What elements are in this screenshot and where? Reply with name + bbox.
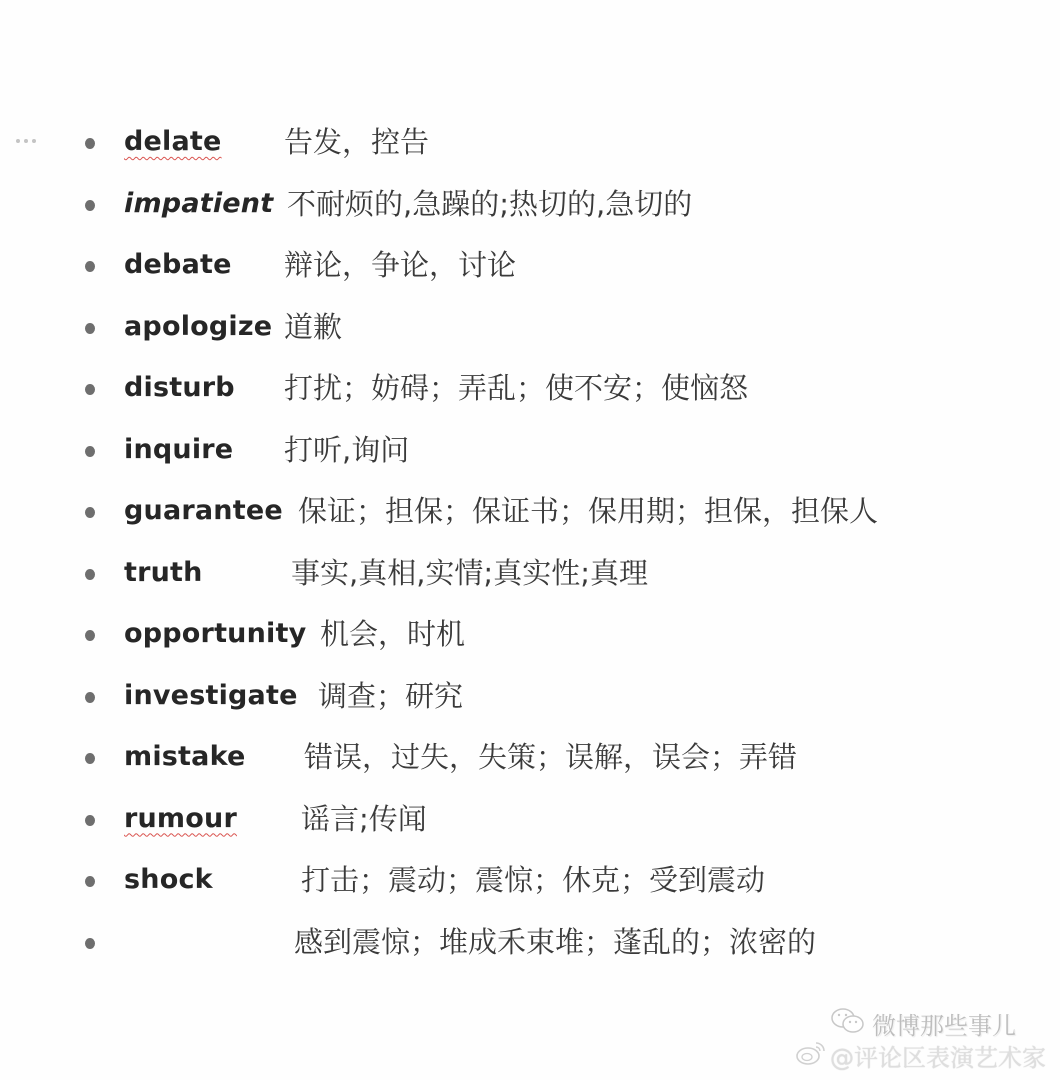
chinese-meaning[interactable]: 错误，过失，失策；误解，误会；弄错 xyxy=(304,737,797,777)
chinese-meaning[interactable]: 辩论，争论，讨论 xyxy=(284,245,516,285)
bullet-icon xyxy=(85,876,95,887)
list-item: opportunity 机会，时机 xyxy=(0,604,1060,666)
english-word[interactable]: debate xyxy=(124,247,232,283)
watermark-text-1: 微博那些事儿 xyxy=(872,1006,1016,1041)
bullet-icon xyxy=(85,138,95,149)
list-item: truth 事实,真相,实情;真实性;真理 xyxy=(0,543,1060,605)
wechat-icon xyxy=(830,1007,866,1041)
list-item: apologize 道歉 xyxy=(0,297,1060,359)
chinese-meaning[interactable]: 打扰；妨碍；弄乱；使不安；使恼怒 xyxy=(284,368,748,408)
list-item: 感到震惊；堆成禾束堆；蓬乱的；浓密的 xyxy=(0,912,1060,974)
chinese-meaning[interactable]: 道歉 xyxy=(284,307,342,347)
chinese-meaning[interactable]: 打击；震动；震惊；休克；受到震动 xyxy=(301,860,765,900)
list-item: mistake 错误，过失，失策；误解，误会；弄错 xyxy=(0,727,1060,789)
bullet-icon xyxy=(85,692,95,703)
english-word[interactable]: investigate xyxy=(124,678,298,714)
watermark-text-2: @评论区表演艺术家 xyxy=(830,1038,1046,1073)
bullet-icon xyxy=(85,630,95,641)
bullet-icon xyxy=(85,323,95,334)
chinese-meaning[interactable]: 调查；研究 xyxy=(318,676,463,716)
bullet-icon xyxy=(85,384,95,395)
english-word[interactable]: shock xyxy=(124,862,213,898)
list-item: guarantee 保证；担保；保证书；保用期；担保，担保人 xyxy=(0,481,1060,543)
vocabulary-list: delate 告发，控告 impatient 不耐烦的,急躁的;热切的,急切的 … xyxy=(0,112,1060,973)
list-item: delate 告发，控告 xyxy=(0,112,1060,174)
bullet-icon xyxy=(85,200,95,211)
chinese-meaning[interactable]: 谣言;传闻 xyxy=(301,799,427,839)
english-word[interactable]: opportunity xyxy=(124,616,306,652)
watermark-line-1: 微博那些事儿 xyxy=(830,1006,1016,1041)
list-item: shock 打击；震动；震惊；休克；受到震动 xyxy=(0,850,1060,912)
chinese-meaning[interactable]: 机会，时机 xyxy=(320,614,465,654)
list-item: impatient 不耐烦的,急躁的;热切的,急切的 xyxy=(0,174,1060,236)
chinese-meaning[interactable]: 打听,询问 xyxy=(284,430,409,470)
english-word[interactable]: rumour xyxy=(124,801,237,837)
chinese-meaning[interactable]: 告发，控告 xyxy=(284,122,429,162)
list-item: rumour 谣言;传闻 xyxy=(0,789,1060,851)
bullet-icon xyxy=(85,261,95,272)
bullet-icon xyxy=(85,446,95,457)
chinese-meaning[interactable]: 事实,真相,实情;真实性;真理 xyxy=(291,553,648,593)
bullet-icon xyxy=(85,569,95,580)
english-word[interactable]: delate xyxy=(124,124,222,160)
bullet-icon xyxy=(85,815,95,826)
list-item: disturb 打扰；妨碍；弄乱；使不安；使恼怒 xyxy=(0,358,1060,420)
list-item: inquire 打听,询问 xyxy=(0,420,1060,482)
english-word[interactable]: mistake xyxy=(124,739,246,775)
english-word[interactable]: apologize xyxy=(124,309,272,345)
english-word[interactable]: guarantee xyxy=(124,493,283,529)
bullet-icon xyxy=(85,938,95,949)
weibo-icon xyxy=(796,1040,826,1072)
chinese-meaning[interactable]: 保证；担保；保证书；保用期；担保，担保人 xyxy=(298,491,878,531)
bullet-icon xyxy=(85,753,95,764)
watermark-line-2: @评论区表演艺术家 xyxy=(796,1038,1046,1073)
english-word[interactable]: disturb xyxy=(124,370,235,406)
chinese-meaning[interactable]: 感到震惊；堆成禾束堆；蓬乱的；浓密的 xyxy=(294,922,816,962)
bullet-icon xyxy=(85,507,95,518)
english-word[interactable]: inquire xyxy=(124,432,233,468)
list-item: investigate 调查；研究 xyxy=(0,666,1060,728)
chinese-meaning[interactable]: 不耐烦的,急躁的;热切的,急切的 xyxy=(287,184,692,224)
watermark: 微博那些事儿 @评论区表演艺术家 xyxy=(746,1006,1046,1072)
list-item: debate 辩论，争论，讨论 xyxy=(0,235,1060,297)
english-word[interactable]: truth xyxy=(124,555,203,591)
english-word[interactable]: impatient xyxy=(124,186,273,222)
